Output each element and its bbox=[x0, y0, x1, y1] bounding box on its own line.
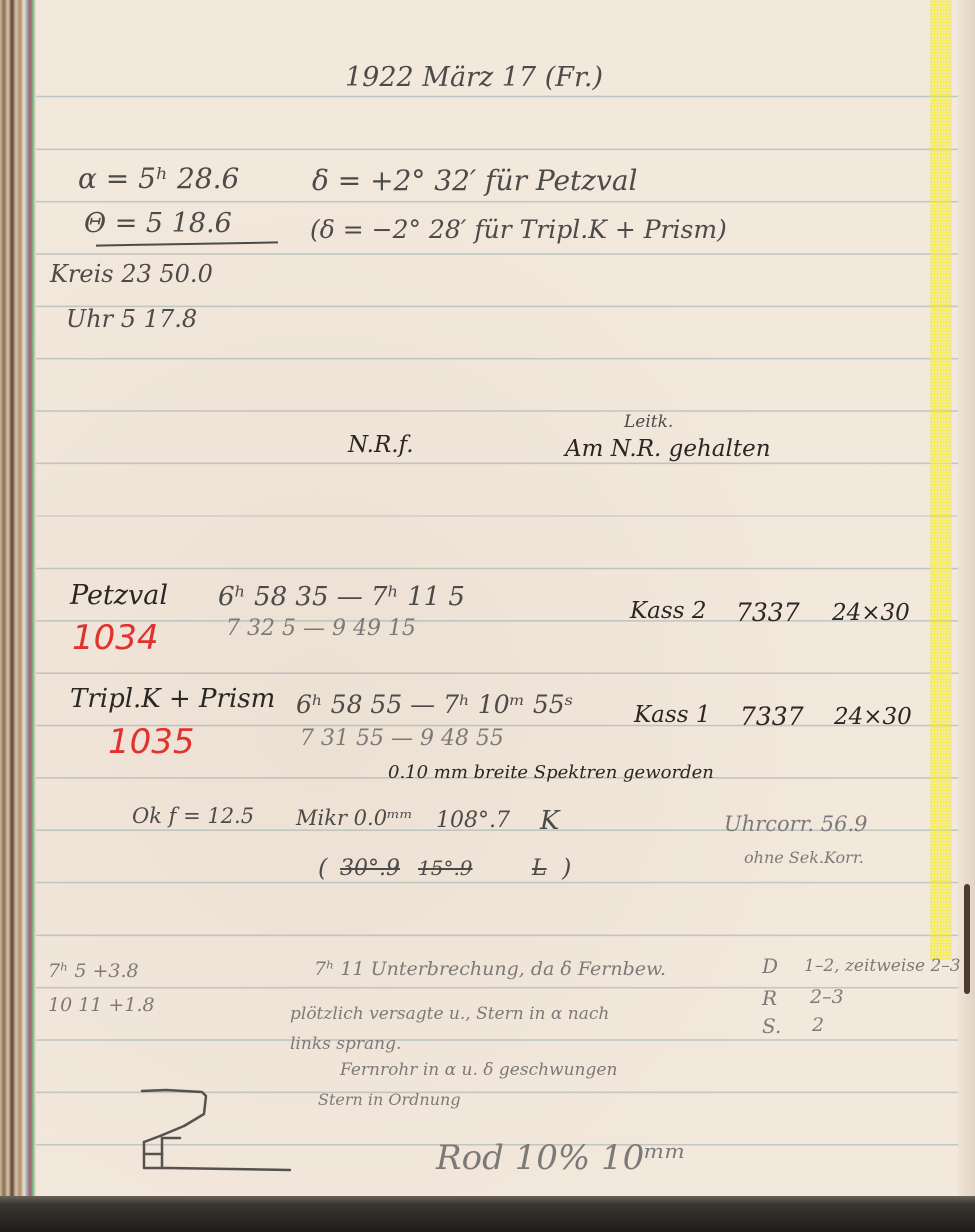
ocular-focal: Ok f = 12.5 bbox=[132, 804, 254, 828]
theta-value: Θ = 5 18.6 bbox=[84, 208, 232, 239]
interruption-line-5: Stern in Ordnung bbox=[318, 1090, 461, 1109]
plate-number: 1034 bbox=[72, 618, 159, 658]
scan-bottom-shadow bbox=[0, 1196, 975, 1232]
header-nrf: N.R.f. bbox=[348, 432, 414, 458]
alpha-value: α = 5ʰ 28.6 bbox=[78, 162, 239, 195]
instrument-name: Petzval bbox=[70, 580, 168, 611]
cassette: Kass 1 bbox=[634, 702, 710, 728]
delta-petzval: δ = +2° 32′ für Petzval bbox=[312, 164, 638, 197]
struck-value-1: 30°.9 bbox=[340, 856, 400, 881]
uhr-reading: Uhr 5 17.8 bbox=[66, 305, 197, 333]
correction-2: 10 11 +1.8 bbox=[48, 994, 155, 1016]
kreis-reading: Kreis 23 50.0 bbox=[50, 260, 213, 288]
seeing-label: S. bbox=[762, 1014, 781, 1038]
seeing-label: D bbox=[762, 954, 778, 978]
emulsion: 7337 bbox=[740, 702, 804, 731]
delta-tripel: (δ = −2° 28′ für Tripl.K + Prism) bbox=[310, 215, 727, 244]
cassette: Kass 2 bbox=[630, 598, 706, 624]
exposure-times-1: 6ʰ 58 35 — 7ʰ 11 5 bbox=[218, 582, 465, 612]
date-heading: 1922 März 17 (Fr.) bbox=[345, 62, 603, 93]
ok-value: 108°.7 bbox=[436, 808, 510, 833]
seeing-label: R bbox=[762, 986, 777, 1010]
paren-close: ) bbox=[562, 854, 571, 882]
sketch-drawing bbox=[140, 1086, 300, 1176]
ok-k: K bbox=[540, 806, 559, 836]
page-clip bbox=[964, 884, 970, 994]
notebook-binding bbox=[0, 0, 36, 1200]
spectra-note: 0.10 mm breite Spektren geworden bbox=[388, 762, 714, 783]
page-edge bbox=[958, 0, 975, 1200]
seeing-value: 2–3 bbox=[810, 986, 844, 1008]
footer-note: Rod 10% 10ᵐᵐ bbox=[436, 1138, 686, 1178]
seeing-value: 1–2, zeitweise 2–3 bbox=[804, 956, 961, 976]
plate-size: 24×30 bbox=[832, 600, 910, 626]
scan-artifact-strip bbox=[930, 0, 952, 960]
instrument-name: Tripl.K + Prism bbox=[70, 684, 275, 714]
micrometer: Mikr 0.0ᵐᵐ bbox=[296, 806, 413, 830]
plate-number: 1035 bbox=[108, 722, 195, 762]
interruption-line-4: Fernrohr in α u. δ geschwungen bbox=[340, 1060, 617, 1080]
header-insert: Leitk. bbox=[624, 412, 673, 432]
correction-1: 7ʰ 5 +3.8 bbox=[48, 960, 139, 982]
struck-value-3: L bbox=[532, 856, 547, 881]
header-gehalten: Am N.R. gehalten bbox=[565, 436, 771, 462]
exposure-times-2: 7 32 5 — 9 49 15 bbox=[226, 616, 416, 641]
interruption-line-2: plötzlich versagte u., Stern in α nach bbox=[290, 1004, 609, 1024]
seeing-value: 2 bbox=[812, 1014, 824, 1036]
paren-open: ( bbox=[318, 854, 327, 882]
clock-correction: Uhrcorr. 56.9 bbox=[724, 812, 868, 836]
exposure-times-2: 7 31 55 — 9 48 55 bbox=[300, 726, 504, 751]
interruption-line-1: 7ʰ 11 Unterbrechung, da δ Fernbew. bbox=[314, 958, 666, 980]
exposure-times-1: 6ʰ 58 55 — 7ʰ 10ᵐ 55ˢ bbox=[296, 690, 573, 719]
struck-value-2: 15°.9 bbox=[418, 856, 473, 880]
plate-size: 24×30 bbox=[834, 704, 912, 730]
clock-note: ohne Sek.Korr. bbox=[744, 848, 864, 867]
interruption-line-3: links sprang. bbox=[290, 1034, 401, 1054]
emulsion: 7337 bbox=[736, 598, 800, 627]
